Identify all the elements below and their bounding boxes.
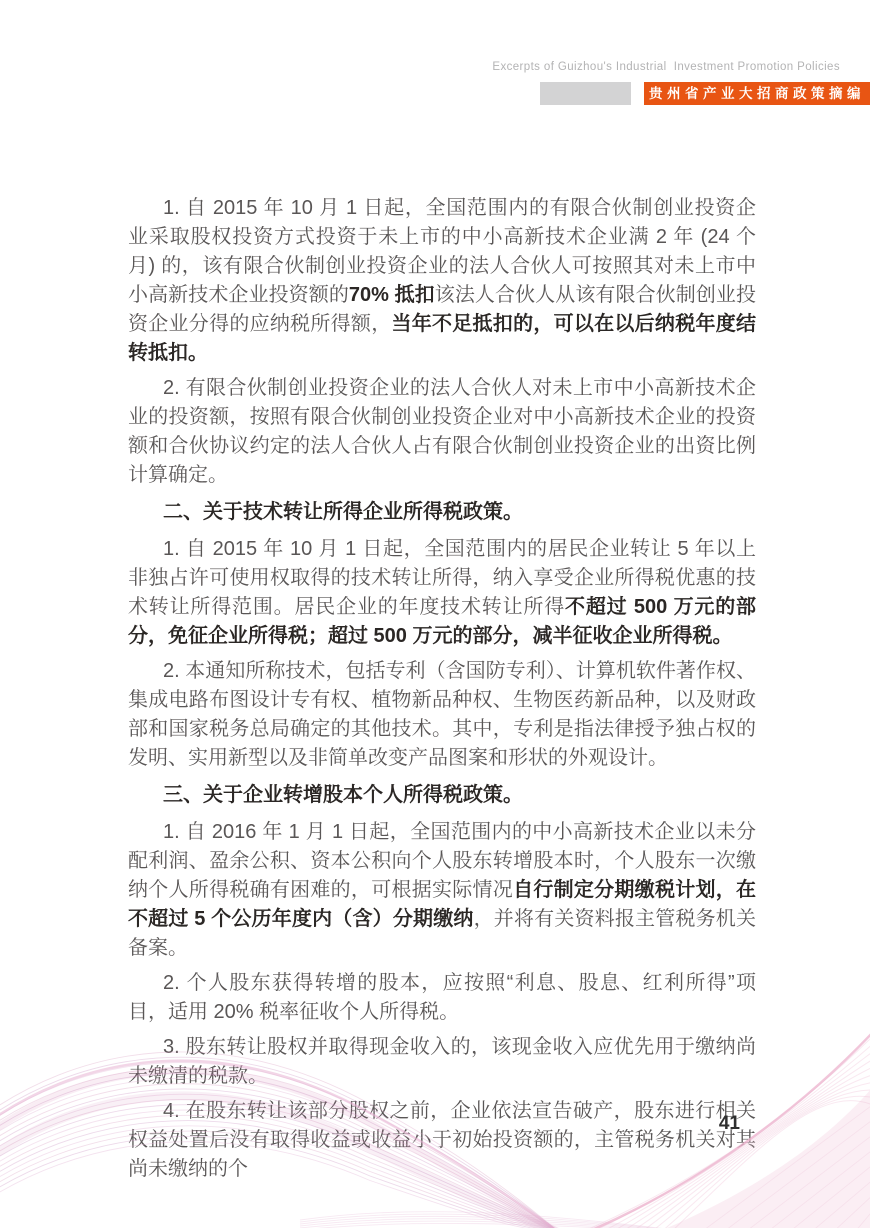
text-run: 3. 股东转让股权并取得现金收入的，该现金收入应优先用于缴纳尚未缴清的税款。: [128, 1036, 756, 1087]
emphasis-text: 70% 抵扣: [349, 284, 435, 306]
document-page: Excerpts of Guizhou's Industrial Investm…: [0, 0, 870, 1228]
header-bars: 贵州省产业大招商政策摘编: [0, 82, 870, 105]
wave-path: [810, 1178, 870, 1228]
body-paragraph: 2. 本通知所称技术，包括专利（含国防专利）、计算机软件著作权、集成电路布图设计…: [128, 657, 756, 773]
wave-path: [300, 1219, 700, 1228]
wave-path: [300, 1214, 700, 1228]
text-run: 2. 个人股东获得转增的股本，应按照“利息、股息、红利所得”项目，适用 20% …: [128, 972, 756, 1023]
text-run: 4. 在股东转让该部分股权之前，企业依法宣告破产，股东进行相关权益处置后没有取得…: [128, 1100, 756, 1180]
page-number: 41: [719, 1113, 740, 1135]
emphasis-text: 三、关于企业转增股本个人所得税政策。: [163, 784, 523, 806]
wave-path: [300, 1216, 700, 1228]
header-title-bar: 贵州省产业大招商政策摘编: [644, 82, 870, 105]
body-paragraph: 2. 个人股东获得转增的股本，应按照“利息、股息、红利所得”项目，适用 20% …: [128, 969, 756, 1027]
wave-path: [300, 1212, 700, 1228]
document-body: 1. 自 2015 年 10 月 1 日起，全国范围内的有限合伙制创业投资企业采…: [128, 194, 756, 1190]
text-run: 2. 有限合伙制创业投资企业的法人合伙人对未上市中小高新技术企业的投资额，按照有…: [128, 377, 756, 486]
wave-path: [788, 1163, 870, 1228]
body-paragraph: 2. 有限合伙制创业投资企业的法人合伙人对未上市中小高新技术企业的投资额，按照有…: [128, 374, 756, 490]
header-english-caption: Excerpts of Guizhou's Industrial Investm…: [492, 61, 840, 73]
header-gray-bar: [540, 82, 631, 105]
body-paragraph: 1. 自 2015 年 10 月 1 日起，全国范围内的居民企业转让 5 年以上…: [128, 535, 756, 651]
body-paragraph: 1. 自 2015 年 10 月 1 日起，全国范围内的有限合伙制创业投资企业采…: [128, 194, 756, 368]
wave-path: [766, 1148, 870, 1228]
body-paragraph: 4. 在股东转让该部分股权之前，企业依法宣告破产，股东进行相关权益处置后没有取得…: [128, 1097, 756, 1184]
wave-path: [744, 1133, 870, 1228]
wave-path: [854, 1208, 870, 1228]
header-chinese-title: 贵州省产业大招商政策摘编: [649, 86, 865, 101]
wave-path: [300, 1221, 700, 1228]
emphasis-text: 二、关于技术转让所得企业所得税政策。: [163, 501, 523, 523]
wave-path: [832, 1193, 870, 1228]
text-run: 2. 本通知所称技术，包括专利（含国防专利）、计算机软件著作权、集成电路布图设计…: [128, 660, 756, 769]
wave-path: [300, 1223, 700, 1228]
body-paragraph: 1. 自 2016 年 1 月 1 日起，全国范围内的中小高新技术企业以未分配利…: [128, 818, 756, 963]
section-heading: 三、关于企业转增股本个人所得税政策。: [128, 781, 756, 810]
section-heading: 二、关于技术转让所得企业所得税政策。: [128, 498, 756, 527]
body-paragraph: 3. 股东转让股权并取得现金收入的，该现金收入应优先用于缴纳尚未缴清的税款。: [128, 1033, 756, 1091]
